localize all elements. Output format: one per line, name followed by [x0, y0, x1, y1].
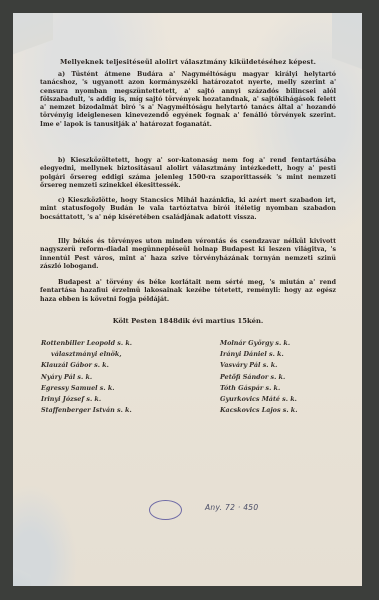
signature: Kacskovics Lajos s. k. — [220, 405, 297, 416]
signature: Vasváry Pál s. k. — [220, 360, 297, 371]
paragraph-illuminations: Illy békés és törvényes uton minden véro… — [40, 238, 336, 271]
paper-fold-top-right — [332, 13, 362, 103]
signature: Tóth Gáspár s. k. — [220, 383, 297, 394]
paragraph-text: c) Kieszközlötte, hogy Stancsics Mihál h… — [40, 197, 336, 222]
signature: Petőfi Sándor s. k. — [220, 372, 297, 383]
paragraph-text: Budapest a' törvény és béke korlátait ne… — [40, 279, 336, 304]
signature: Molnár György s. k. — [220, 338, 297, 349]
signature: Staffenberger István s. k. — [41, 405, 132, 416]
paper-fold-bottom-left — [13, 556, 31, 586]
signature: Gyurkovics Máté s. k. — [220, 394, 297, 405]
paragraph-a: a) Tüstént átmene Budára a' Nagyméltóság… — [40, 71, 336, 129]
signatures-left: Rottenbiller Leopold s. k. választmányi … — [41, 338, 132, 416]
signatures-right: Molnár György s. k. Irányi Dániel s. k. … — [220, 338, 297, 416]
paragraph-text: b) Kieszközöltetett, hogy a' sor-katonas… — [40, 157, 336, 190]
signature: Rottenbiller Leopold s. k. — [41, 338, 132, 349]
signature-title: választmányi elnök, — [41, 349, 132, 360]
shelfmark: Any. 72 · 450 — [205, 503, 258, 512]
signature: Klauzál Gábor s. k. — [41, 360, 132, 371]
paragraph-b: b) Kieszközöltetett, hogy a' sor-katonas… — [40, 157, 336, 190]
date-line: Költ Pesten 1848dik évi martius 15kén. — [40, 317, 336, 325]
signature: Nyáry Pál s. k. — [41, 372, 132, 383]
paragraph-c: c) Kieszközlötte, hogy Stancsics Mihál h… — [40, 197, 336, 222]
paragraph-text: Illy békés és törvényes uton minden véro… — [40, 238, 336, 271]
signature: Irinyi József s. k. — [41, 394, 132, 405]
document-page: Mellyeknek teljesitéseül alolirt választ… — [13, 13, 362, 586]
signature: Irányi Dániel s. k. — [220, 349, 297, 360]
paragraph-text: a) Tüstént átmene Budára a' Nagyméltóság… — [40, 71, 336, 129]
document-heading: Mellyeknek teljesitéseül alolirt választ… — [40, 58, 336, 66]
paragraph-budapest: Budapest a' törvény és béke korlátait ne… — [40, 279, 336, 304]
signature: Egressy Samuel s. k. — [41, 383, 132, 394]
library-stamp-icon — [149, 500, 182, 520]
